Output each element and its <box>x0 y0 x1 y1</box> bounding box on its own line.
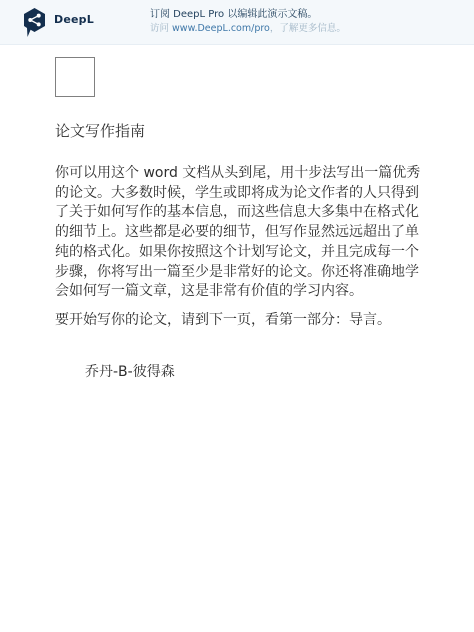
paragraph-line: 了关于如何写作的基本信息，而这些信息大多集中在格式化 <box>55 203 425 223</box>
banner-subscribe-text: 订阅 DeepL Pro 以编辑此演示文稿。 <box>150 8 346 22</box>
paragraph-line: 纯的格式化。如果你按照这个计划写论文，并且完成每一个 <box>55 243 425 263</box>
paragraph-line: 步骤，你将写出一篇至少是非常好的论文。你还将准确地学 <box>55 263 425 283</box>
paragraph-line: 的论文。大多数时候，学生或即将成为论文作者的人只得到 <box>55 184 425 204</box>
intro-paragraph: 你可以用这个 word 文档从头到尾，用十步法写出一篇优秀 的论文。大多数时候，… <box>55 164 425 302</box>
deepl-pro-link[interactable]: www.DeepL.com/pro <box>172 23 270 34</box>
image-placeholder-box <box>55 57 95 97</box>
document-title: 论文写作指南 <box>55 120 145 141</box>
translated-document-page: DeepL 订阅 DeepL Pro 以编辑此演示文稿。 访问 www.Deep… <box>0 0 474 632</box>
banner-learn-more-label: ，了解更多信息。 <box>270 23 346 34</box>
author-name: 乔丹-B-彼得森 <box>85 361 175 381</box>
banner-info-text: 访问 www.DeepL.com/pro，了解更多信息。 <box>150 22 346 35</box>
deepl-wordmark: DeepL <box>54 13 94 26</box>
deepl-logo: DeepL <box>22 7 94 38</box>
paragraph-line: 的细节上。这些都是必要的细节，但写作显然远远超出了单 <box>55 223 425 243</box>
deepl-banner: DeepL 订阅 DeepL Pro 以编辑此演示文稿。 访问 www.Deep… <box>0 0 474 45</box>
paragraph-line: 会如何写一篇文章，这是非常有价值的学习内容。 <box>55 282 425 302</box>
banner-visit-label: 访问 <box>150 23 172 34</box>
paragraph-line: 你可以用这个 word 文档从头到尾，用十步法写出一篇优秀 <box>55 164 425 184</box>
next-page-instruction: 要开始写你的论文，请到下一页，看第一部分：导言。 <box>55 311 435 331</box>
banner-message: 订阅 DeepL Pro 以编辑此演示文稿。 访问 www.DeepL.com/… <box>150 8 346 35</box>
deepl-bubble-icon <box>22 7 47 38</box>
